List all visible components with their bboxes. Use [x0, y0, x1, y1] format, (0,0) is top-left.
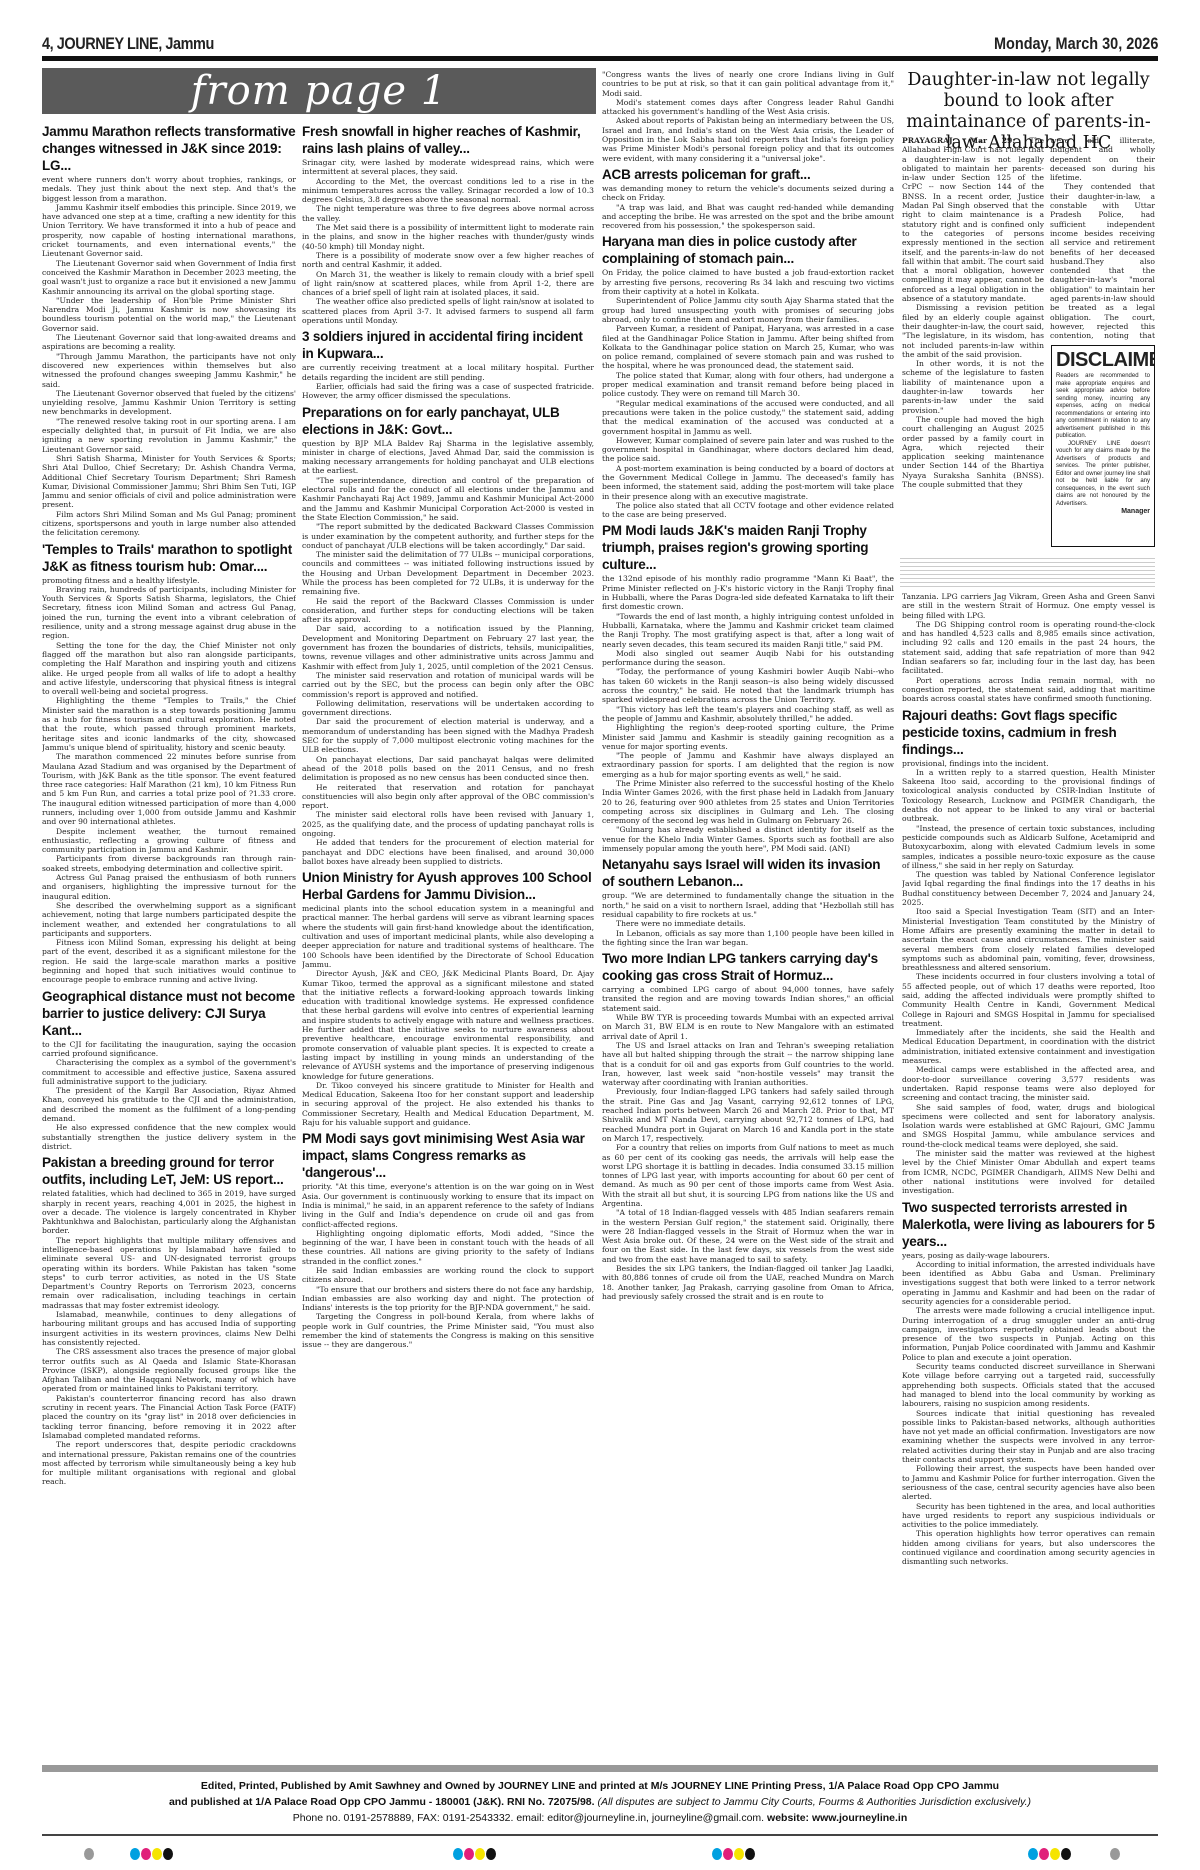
- paragraph: Modi also singled out seamer Auqib Nabi …: [602, 649, 894, 668]
- paragraph: Security teams conducted discreet survei…: [902, 1362, 1155, 1408]
- paragraph: Highlighting ongoing diplomatic efforts,…: [302, 1229, 594, 1266]
- article-body: promoting fitness and a healthy lifestyl…: [42, 576, 296, 985]
- paragraph: On panchayat elections, Dar said panchay…: [302, 755, 594, 783]
- headline[interactable]: Union Ministry for Ayush approves 100 Sc…: [302, 869, 594, 903]
- paragraph: "Towards the end of last month, a highly…: [602, 612, 894, 649]
- article-pakistan-terror[interactable]: Pakistan a breeding ground for terror ou…: [42, 1154, 296, 1487]
- paragraph: These incidents occurred in four cluster…: [902, 972, 1155, 1028]
- paragraph: Itoo said a Special Investigation Team (…: [902, 907, 1155, 972]
- article-body: Tanzania. LPG carriers Jag Vikram, Green…: [902, 592, 1155, 704]
- disclaimer-text-1: Readers are recommended to make appropri…: [1056, 373, 1150, 441]
- paragraph: While BW TYR is proceeding towards Mumba…: [602, 1013, 894, 1041]
- issue-date: Monday, March 30, 2026: [994, 34, 1158, 54]
- paragraph: "Gulmarg has already established a disti…: [602, 825, 894, 853]
- paragraph: Srinagar city, were lashed by moderate w…: [302, 158, 594, 177]
- article-body: "Congress wants the lives of nearly one …: [602, 70, 894, 163]
- paragraph: to the CJI for facilitating the inaugura…: [42, 1040, 296, 1059]
- paragraph: years, posing as daily-wage labourers.: [902, 1251, 1155, 1260]
- paragraph: Dr. Tikoo conveyed his sincere gratitude…: [302, 1081, 594, 1127]
- article-body: was demanding money to return the vehicl…: [602, 184, 894, 230]
- paragraph: The Lieutenant Governor said when Govern…: [42, 259, 296, 296]
- paragraph: Previously, four Indian-flagged LPG tank…: [602, 1087, 894, 1143]
- paragraph: The Lieutenant Governor said that long-a…: [42, 333, 296, 352]
- paragraph: "Instead, the presence of certain toxic …: [902, 824, 1155, 870]
- paragraph: The CRS assessment also traces the prese…: [42, 1347, 296, 1393]
- paragraph: provisional, findings into the incident.: [902, 759, 1155, 768]
- article-jammu-marathon[interactable]: Jammu Marathon reflects transformative c…: [42, 123, 296, 538]
- paragraph: Highlighting the region's deep-rooted sp…: [602, 723, 894, 751]
- paragraph: Parveen Kumar, a resident of Panipat, Ha…: [602, 324, 894, 370]
- article-temples-to-trails[interactable]: 'Temples to Trails' marathon to spotligh…: [42, 541, 296, 985]
- paragraph: Superintendent of Police Jammu city sout…: [602, 296, 894, 324]
- article-kashmir-snowfall[interactable]: Fresh snowfall in higher reaches of Kash…: [302, 123, 594, 325]
- paragraph: "To ensure that our brothers and sisters…: [302, 1285, 594, 1313]
- article-malerkotla-arrests[interactable]: Two suspected terrorists arrested in Mal…: [902, 1199, 1155, 1567]
- paragraph: The question was tabled by National Conf…: [902, 870, 1155, 907]
- paragraph: Jammu Kashmir itself embodies this princ…: [42, 203, 296, 259]
- paragraph: Director Ayush, J&K and CEO, J&K Medicin…: [302, 969, 594, 1081]
- paragraph: He said the report of the Backward Class…: [302, 597, 594, 625]
- column-divider-lines: [900, 555, 1155, 587]
- paragraph: Besides the six LPG tankers, the Indian-…: [602, 1264, 894, 1301]
- disclaimer-signature: Manager: [1056, 508, 1150, 516]
- paragraph: question by BJP MLA Baldev Raj Sharma in…: [302, 439, 594, 476]
- imprint-footer: Edited, Printed, Published by Amit Sawhn…: [42, 1778, 1158, 1826]
- paragraph: Dismissing a revision petition filed by …: [902, 303, 1044, 359]
- paragraph: were old, illiterate, indigent and wholl…: [1050, 136, 1155, 182]
- headline[interactable]: PM Modi says govt minimising West Asia w…: [302, 1130, 594, 1181]
- paragraph: Actress Gul Panag praised the enthusiasm…: [42, 873, 296, 901]
- article-modi-west-asia[interactable]: PM Modi says govt minimising West Asia w…: [302, 1130, 594, 1349]
- paragraph: Islamabad, meanwhile, continues to deny …: [42, 1310, 296, 1347]
- paragraph: On Friday, the police claimed to have bu…: [602, 268, 894, 296]
- paragraph: Medical camps were established in the af…: [902, 1065, 1155, 1102]
- article-body: group. "We are determined to fundamental…: [602, 891, 894, 947]
- headline[interactable]: 'Temples to Trails' marathon to spotligh…: [42, 541, 296, 575]
- headline[interactable]: 3 soldiers injured in accidental firing …: [302, 328, 594, 362]
- paragraph: The police also stated that all CCTV foo…: [602, 501, 894, 520]
- paragraph: medicinal plants into the school educati…: [302, 904, 594, 969]
- paragraph: The minister said electoral rolls have b…: [302, 810, 594, 838]
- paragraph: carrying a combined LPG cargo of about 9…: [602, 985, 894, 1013]
- paragraph: Characterising the complex as a symbol o…: [42, 1058, 296, 1086]
- paragraph: Asked about reports of Pakistan being an…: [602, 116, 894, 162]
- paragraph: The marathon commenced 22 minutes before…: [42, 752, 296, 826]
- paragraph: The minister said the delimitation of 77…: [302, 550, 594, 596]
- paragraph: Highlighting the theme "Temples to Trail…: [42, 696, 296, 752]
- article-body: provisional, findings into the incident.…: [902, 759, 1155, 1196]
- paragraph: Despite inclement weather, the turnout r…: [42, 827, 296, 855]
- paragraph: She described the overwhelming support a…: [42, 901, 296, 938]
- paragraph: Pakistan's counterterror financing recor…: [42, 1394, 296, 1440]
- article-cji-surya-kant[interactable]: Geographical distance must not become ba…: [42, 988, 296, 1152]
- disclaimer-title: DISCLAIMER: [1056, 349, 1150, 371]
- headline[interactable]: PM Modi lauds J&K's maiden Ranji Trophy …: [602, 522, 894, 573]
- paragraph: They contended that their daughter-in-la…: [1050, 182, 1155, 340]
- article-kupwara-firing[interactable]: 3 soldiers injured in accidental firing …: [302, 328, 594, 400]
- paragraph: Dar said, according to a notification is…: [302, 624, 594, 670]
- paragraph: The DG Shipping control room is operatin…: [902, 620, 1155, 676]
- paragraph: He also expressed confidence that the ne…: [42, 1123, 296, 1151]
- paragraph: The minister said reservation and rotati…: [302, 671, 594, 699]
- paragraph: Following their arrest, the suspects hav…: [902, 1464, 1155, 1501]
- headline[interactable]: Fresh snowfall in higher reaches of Kash…: [302, 123, 594, 157]
- imprint-line-1: Edited, Printed, Published by Amit Sawhn…: [201, 1780, 999, 1792]
- paragraph: The minister said the matter was reviewe…: [902, 1149, 1155, 1195]
- disclaimer-box: DISCLAIMER Readers are recommended to ma…: [1051, 345, 1155, 547]
- footer-rule: [42, 1834, 1158, 1836]
- headline[interactable]: Haryana man dies in police custody after…: [602, 233, 894, 267]
- disclaimer-text-2: JOURNEY LINE doesn't vouch for any claim…: [1056, 441, 1150, 509]
- paragraph: In Lebanon, officials as say more than 1…: [602, 929, 894, 948]
- article-body: to the CJI for facilitating the inaugura…: [42, 1040, 296, 1152]
- paragraph: "The people of Jammu and Kashmir have al…: [602, 751, 894, 779]
- paragraph: priority. "At this time, everyone's atte…: [302, 1182, 594, 1228]
- article-body: are currently receiving treatment at a l…: [302, 363, 594, 400]
- article-body: carrying a combined LPG cargo of about 9…: [602, 985, 894, 1301]
- article-rajouri-deaths[interactable]: Rajouri deaths: Govt flags specific pest…: [902, 707, 1155, 1196]
- page-header: 4, JOURNEY LINE, Jammu: [42, 34, 991, 54]
- paragraph: Sources indicate that initial questionin…: [902, 1409, 1155, 1465]
- paragraph: "Under the leadership of Hon'ble Prime M…: [42, 296, 296, 333]
- headline[interactable]: Two more Indian LPG tankers carrying day…: [602, 950, 894, 984]
- article-body: related fatalities, which had declined t…: [42, 1189, 296, 1487]
- paragraph: Setting the tone for the day, the Chief …: [42, 641, 296, 697]
- paragraph: The arrests were made following a crucia…: [902, 1306, 1155, 1362]
- paragraph: Following delimitation, reservations wil…: [302, 699, 594, 718]
- paragraph: "A total of 18 Indian-flagged vessels wi…: [602, 1208, 894, 1264]
- headline[interactable]: Preparations on for early panchayat, ULB…: [302, 404, 594, 438]
- headline[interactable]: ACB arrests policeman for graft...: [602, 166, 894, 183]
- imprint-line-2: and published at 1/A Palace Road Opp CPO…: [169, 1796, 595, 1808]
- paragraph: The Met said there is a possibility of i…: [302, 223, 594, 251]
- article-modi-continued: "Congress wants the lives of nearly one …: [602, 70, 894, 163]
- paragraph: "Through Jammu Marathon, the participant…: [42, 352, 296, 389]
- paragraph: Tanzania. LPG carriers Jag Vikram, Green…: [902, 592, 1155, 620]
- paragraph: This operation highlights how terror ope…: [902, 1529, 1155, 1566]
- article-body: event where runners don't worry about tr…: [42, 175, 296, 538]
- article-lpg-tankers[interactable]: Two more Indian LPG tankers carrying day…: [602, 950, 894, 1301]
- article-body: On Friday, the police claimed to have bu…: [602, 268, 894, 519]
- article-lpg-continued: Tanzania. LPG carriers Jag Vikram, Green…: [902, 592, 1155, 704]
- article-body: Srinagar city, were lashed by moderate w…: [302, 158, 594, 325]
- contact-info: Phone no. 0191-2578889, FAX: 0191-254333…: [293, 1812, 764, 1824]
- page-folio: 4, JOURNEY LINE, Jammu: [42, 34, 214, 54]
- registration-mark: [84, 1848, 94, 1860]
- paragraph: Port operations across India remain norm…: [902, 676, 1155, 704]
- paragraph: There were no immediate details.: [602, 919, 894, 928]
- paragraph: Dar said the procurement of election mat…: [302, 717, 594, 754]
- paragraph: There is a possibility of moderate snow …: [302, 251, 594, 270]
- article-body: medicinal plants into the school educati…: [302, 904, 594, 1127]
- paragraph: The police stated that Kumar, along with…: [602, 371, 894, 399]
- paragraph: was demanding money to return the vehicl…: [602, 184, 894, 203]
- paragraph: Shri Satish Sharma, Minister for Youth S…: [42, 454, 296, 510]
- cmyk-registration-marks: [130, 1848, 173, 1860]
- paragraph: Earlier, officials had said the firing w…: [302, 382, 594, 401]
- paragraph: Braving rain, hundreds of participants, …: [42, 585, 296, 641]
- website-link[interactable]: website: www.journeyline.in: [767, 1812, 907, 1824]
- registration-mark: [1110, 1848, 1120, 1860]
- article-haryana-custody-death[interactable]: Haryana man dies in police custody after…: [602, 233, 894, 519]
- article-body: question by BJP MLA Baldev Raj Sharma in…: [302, 439, 594, 867]
- paragraph: "Regular medical examinations of the acc…: [602, 399, 894, 436]
- paragraph: The report highlights that multiple mili…: [42, 1236, 296, 1310]
- jurisdiction-note: (All disputes are subject to Jammu City …: [597, 1796, 1031, 1808]
- paragraph: The night temperature was three to five …: [302, 204, 594, 223]
- article-body: years, posing as daily-wage labourers.Ac…: [902, 1251, 1155, 1567]
- paragraph: promoting fitness and a healthy lifestyl…: [42, 576, 296, 585]
- cmyk-registration-marks: [1028, 1848, 1071, 1860]
- dateline: PRAYAGRAJ, Mar 29:: [902, 136, 1015, 145]
- paragraph: The Lieutenant Governor observed that fu…: [42, 389, 296, 417]
- paragraph: event where runners don't worry about tr…: [42, 175, 296, 203]
- paragraph: The couple had moved the high court chal…: [902, 415, 1044, 489]
- feature-right-column: were old, illiterate, indigent and wholl…: [1050, 136, 1155, 340]
- paragraph: Targeting the Congress in poll-bound Ker…: [302, 1312, 594, 1349]
- headline[interactable]: Netanyahu says Israel will widen its inv…: [602, 856, 894, 890]
- paragraph: He said Indian embassies are working rou…: [302, 1266, 594, 1285]
- cmyk-registration-marks: [712, 1848, 755, 1860]
- paragraph: The president of the Kargil Bar Associat…: [42, 1086, 296, 1123]
- paragraph: She said samples of food, water, drugs a…: [902, 1103, 1155, 1149]
- paragraph: Modi's statement comes days after Congre…: [602, 98, 894, 117]
- header-rule: [42, 56, 1158, 61]
- paragraph: "The superintendance, direction and cont…: [302, 476, 594, 522]
- article-netanyahu-lebanon[interactable]: Netanyahu says Israel will widen its inv…: [602, 856, 894, 947]
- paragraph: are currently receiving treatment at a l…: [302, 363, 594, 382]
- paragraph: In a written reply to a starred question…: [902, 768, 1155, 824]
- column-2: Fresh snowfall in higher reaches of Kash…: [302, 120, 594, 1760]
- article-body: were old, illiterate, indigent and wholl…: [1050, 136, 1155, 340]
- paragraph: The US and Israel attacks on Iran and Te…: [602, 1041, 894, 1087]
- headline[interactable]: Geographical distance must not become ba…: [42, 988, 296, 1039]
- paragraph: the 132nd episode of his monthly radio p…: [602, 574, 894, 611]
- paragraph: He reiterated that reservation and rotat…: [302, 783, 594, 811]
- feature-lead: The Allahabad High Court has ruled that …: [902, 136, 1044, 303]
- paragraph: In other words, it is not the scheme of …: [902, 359, 1044, 415]
- paragraph: Fitness icon Milind Soman, expressing hi…: [42, 938, 296, 984]
- article-ayush-herbal-gardens[interactable]: Union Ministry for Ayush approves 100 Sc…: [302, 869, 594, 1127]
- headline[interactable]: Rajouri deaths: Govt flags specific pest…: [902, 707, 1155, 758]
- paragraph: On March 31, the weather is likely to re…: [302, 270, 594, 298]
- paragraph: The Prime Minister also referred to the …: [602, 779, 894, 825]
- headline[interactable]: Two suspected terrorists arrested in Mal…: [902, 1199, 1155, 1250]
- paragraph: Immediately after the incidents, she sai…: [902, 1028, 1155, 1065]
- paragraph: According to initial information, the ar…: [902, 1260, 1155, 1306]
- footer-bar: [42, 1765, 1158, 1772]
- paragraph: "Today, the performance of young Kashmir…: [602, 667, 894, 704]
- column-3: "Congress wants the lives of nearly one …: [602, 70, 894, 1760]
- article-body: priority. "At this time, everyone's atte…: [302, 1182, 594, 1349]
- article-acb-arrest[interactable]: ACB arrests policeman for graft... was d…: [602, 166, 894, 230]
- paragraph: Participants from diverse backgrounds ra…: [42, 854, 296, 873]
- paragraph: "The renewed resolve taking root in our …: [42, 417, 296, 454]
- paragraph: A post-mortem examination is being condu…: [602, 464, 894, 501]
- article-panchayat-elections[interactable]: Preparations on for early panchayat, ULB…: [302, 404, 594, 867]
- paragraph: related fatalities, which had declined t…: [42, 1189, 296, 1235]
- paragraph: According to the Met, the overcast condi…: [302, 177, 594, 205]
- paragraph: "The report submitted by the dedicated B…: [302, 522, 594, 550]
- paragraph: Film actors Shri Milind Soman and Ms Gul…: [42, 510, 296, 538]
- paragraph: The weather office also predicted spells…: [302, 297, 594, 325]
- cmyk-registration-marks: [453, 1848, 496, 1860]
- column-4: Tanzania. LPG carriers Jag Vikram, Green…: [902, 592, 1155, 1760]
- paragraph: The report underscores that, despite per…: [42, 1440, 296, 1486]
- paragraph: "This victory has left the team's player…: [602, 705, 894, 724]
- paragraph: Security has been tightened in the area,…: [902, 1502, 1155, 1530]
- feature-left-column: PRAYAGRAJ, Mar 29: The Allahabad High Co…: [902, 136, 1044, 542]
- paragraph: "A trap was laid, and Bhat was caught re…: [602, 203, 894, 231]
- paragraph: "Congress wants the lives of nearly one …: [602, 70, 894, 98]
- article-ranji-trophy[interactable]: PM Modi lauds J&K's maiden Ranji Trophy …: [602, 522, 894, 853]
- section-banner: from page 1: [42, 68, 596, 114]
- column-1: Jammu Marathon reflects transformative c…: [42, 120, 296, 1760]
- paragraph: For a country that relies on imports fro…: [602, 1143, 894, 1208]
- paragraph: However, Kumar complained of severe pain…: [602, 436, 894, 464]
- article-body: the 132nd episode of his monthly radio p…: [602, 574, 894, 853]
- paragraph: He added that tenders for the procuremen…: [302, 838, 594, 866]
- paragraph: group. "We are determined to fundamental…: [602, 891, 894, 919]
- headline[interactable]: Jammu Marathon reflects transformative c…: [42, 123, 296, 174]
- headline[interactable]: Pakistan a breeding ground for terror ou…: [42, 1154, 296, 1188]
